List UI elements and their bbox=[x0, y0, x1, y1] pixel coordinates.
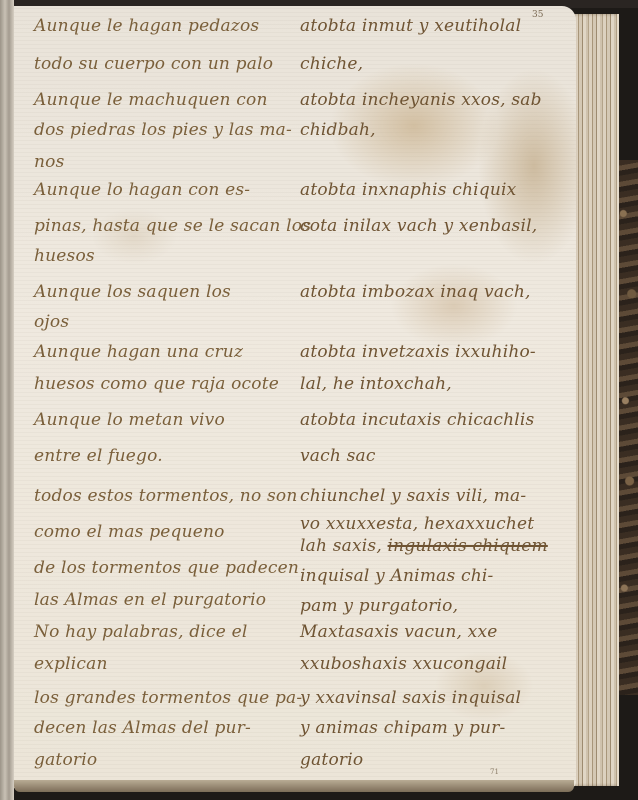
left-line: como el mas pequeno bbox=[34, 522, 225, 542]
binding-gutter bbox=[0, 0, 14, 800]
right-line: atobta incutaxis chicachlis bbox=[300, 410, 534, 430]
right-line: gatorio bbox=[300, 750, 363, 770]
right-line: inquisal y Animas chi- bbox=[300, 566, 493, 586]
left-line: Aunque le machuquen con bbox=[34, 90, 268, 110]
left-line: gatorio bbox=[34, 750, 97, 770]
right-line: atobta inxnaphis chiquix bbox=[300, 180, 516, 200]
right-line: atobta incheyanis xxos, sab bbox=[300, 90, 542, 110]
left-line: ojos bbox=[34, 312, 69, 332]
left-line: huesos bbox=[34, 246, 95, 266]
right-line: pam y purgatorio, bbox=[300, 596, 458, 616]
left-line: explican bbox=[34, 654, 108, 674]
left-line: dos piedras los pies y las ma- bbox=[34, 120, 292, 140]
left-line: No hay palabras, dice el bbox=[34, 622, 247, 642]
left-line: Aunque le hagan pedazos bbox=[34, 16, 259, 36]
right-line: Maxtasaxis vacun, xxe bbox=[300, 622, 498, 642]
right-line: y xxavinsal saxis inquisal bbox=[300, 688, 521, 708]
bottom-mark: 71 bbox=[490, 768, 499, 776]
right-line: vo xxuxxesta, hexaxxuchet bbox=[300, 514, 534, 534]
page-bottom-edge bbox=[14, 780, 574, 792]
folio-number: 35 bbox=[532, 10, 543, 20]
right-line: lah saxis, ingulaxis chiquem bbox=[300, 536, 548, 556]
left-line: las Almas en el purgatorio bbox=[34, 590, 266, 610]
left-line: Aunque los saquen los bbox=[34, 282, 231, 302]
left-line: entre el fuego. bbox=[34, 446, 163, 466]
right-line-text: lah saxis, bbox=[300, 536, 382, 556]
right-line: atobta inmut y xeutiholal bbox=[300, 16, 521, 36]
left-line: nos bbox=[34, 152, 65, 172]
left-line: todos estos tormentos, no son bbox=[34, 486, 298, 506]
stacked-page-edges bbox=[572, 14, 619, 786]
right-line: vach sac bbox=[300, 446, 376, 466]
right-line: chidbah, bbox=[300, 120, 376, 140]
left-line: decen las Almas del pur- bbox=[34, 718, 251, 738]
marbled-cover-edge bbox=[617, 160, 638, 695]
right-line: chiunchel y saxis vili, ma- bbox=[300, 486, 526, 506]
right-line: xxuboshaxis xxucongail bbox=[300, 654, 507, 674]
left-line: Aunque lo metan vivo bbox=[34, 410, 225, 430]
left-line: de los tormentos que padecen bbox=[34, 558, 299, 578]
left-line: pinas, hasta que se le sacan los bbox=[34, 216, 311, 236]
right-line: atobta imbozax inaq vach, bbox=[300, 282, 531, 302]
right-line: atobta invetzaxis ixxuhiho- bbox=[300, 342, 536, 362]
left-line: todo su cuerpo con un palo bbox=[34, 54, 273, 74]
right-line: y animas chipam y pur- bbox=[300, 718, 505, 738]
right-line: chiche, bbox=[300, 54, 363, 74]
left-line: los grandes tormentos que pa- bbox=[34, 688, 302, 708]
left-line: huesos como que raja ocote bbox=[34, 374, 279, 394]
manuscript-page: 35 71 Aunque le hagan pedazos todo su cu… bbox=[14, 6, 576, 788]
left-line: Aunque hagan una cruz bbox=[34, 342, 243, 362]
struck-through-text: ingulaxis chiquem bbox=[388, 536, 548, 556]
right-line: lal, he intoxchah, bbox=[300, 374, 452, 394]
left-line: Aunque lo hagan con es- bbox=[34, 180, 250, 200]
right-line: cota inilax vach y xenbasil, bbox=[300, 216, 537, 236]
